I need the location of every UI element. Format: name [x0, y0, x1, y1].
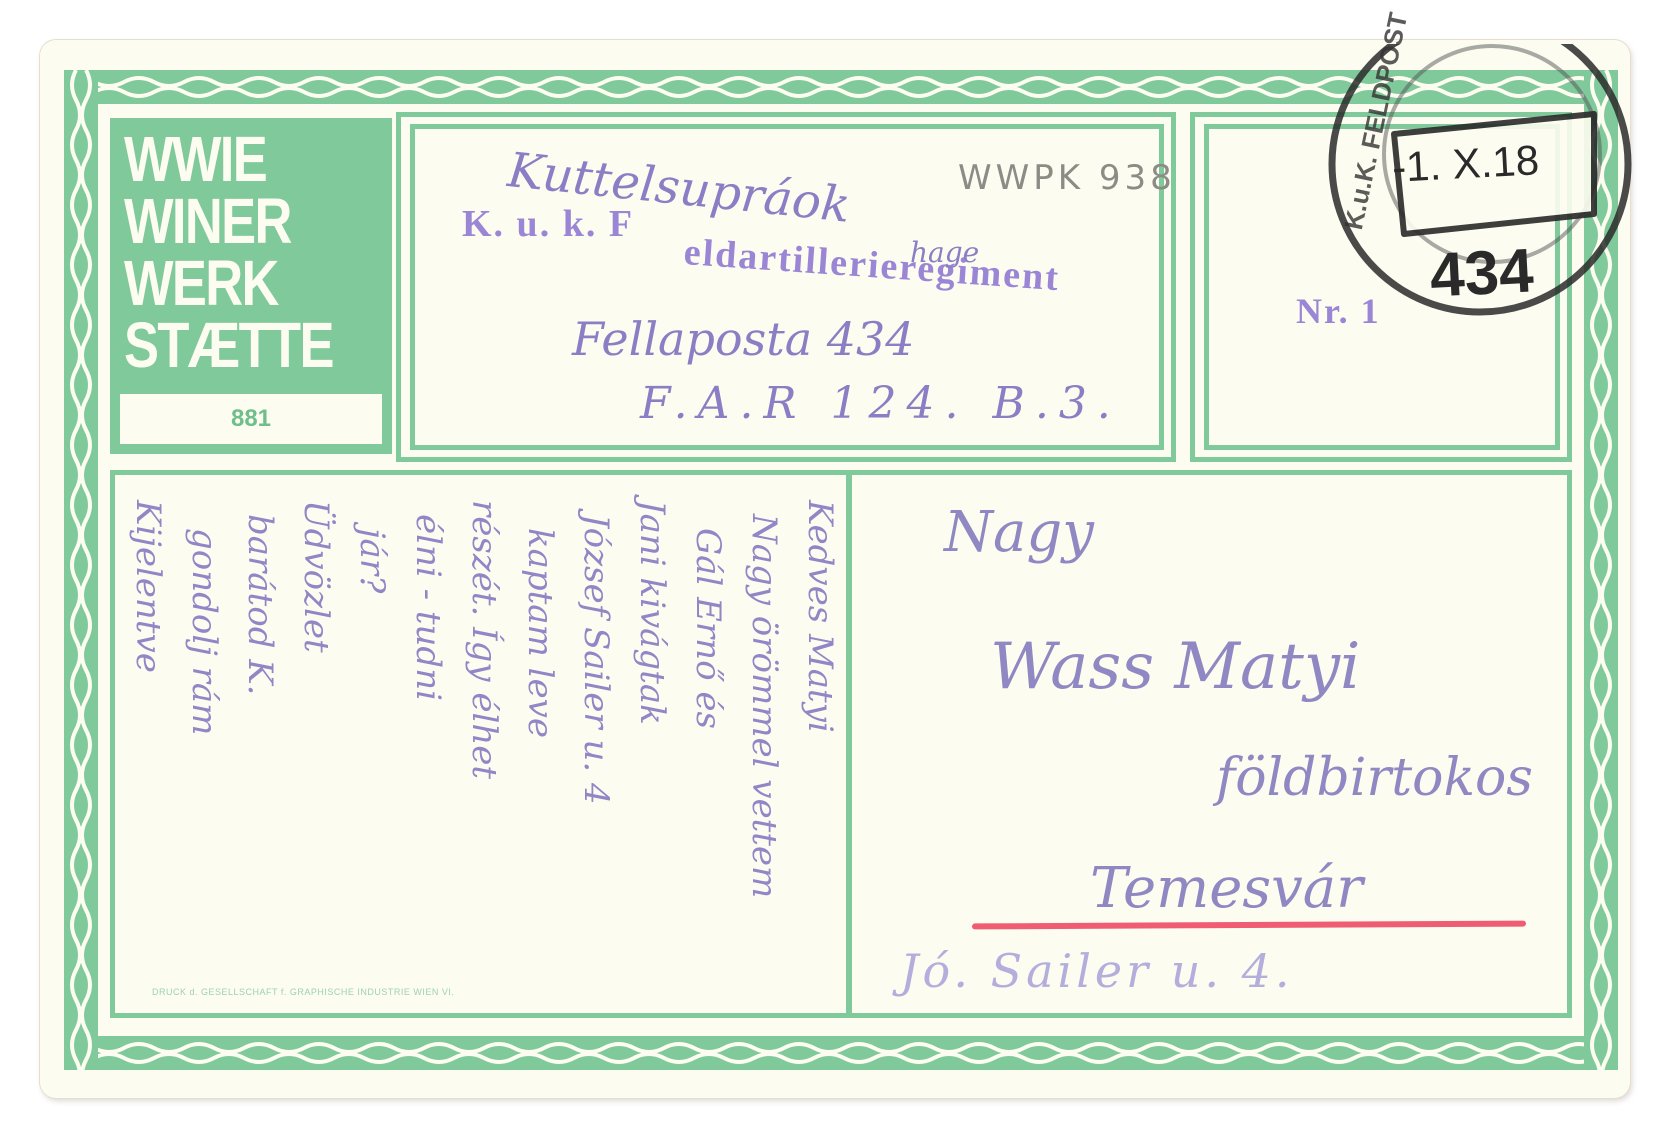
message-line: élni - tudni	[408, 514, 448, 701]
logo-wordmark: WWIE WINER WERK STÆTTE	[124, 128, 334, 376]
postmark-date: -1. X.18	[1391, 136, 1540, 192]
message-line: kaptam leve	[520, 528, 560, 738]
sender-line-1b: hage	[910, 236, 979, 269]
message-line: részét. Így élhet	[464, 500, 504, 779]
message-line: Üdvözlet	[296, 500, 336, 653]
postmark-office-number: 434	[1428, 235, 1535, 311]
message-line: jár?	[352, 528, 392, 593]
archive-note: WWPK 938	[958, 158, 1176, 198]
series-number: 881	[231, 405, 271, 433]
recipient-salutation: Nagy	[944, 500, 1094, 565]
printer-imprint: DRUCK d. GESELLSCHAFT f. GRAPHISCHE INDU…	[152, 987, 454, 997]
message-line: barátod K.	[240, 514, 280, 695]
ornamental-border-bottom	[64, 1036, 1618, 1070]
recipient-city: Temesvár	[1090, 856, 1363, 921]
recipient-street: Jó. Sailer u. 4.	[900, 944, 1294, 998]
message-line: gondolj rám	[184, 528, 224, 735]
ornamental-border-left	[64, 70, 98, 1070]
recipient-title: földbirtokos	[1216, 748, 1533, 808]
series-number-box: 881	[120, 394, 382, 444]
message-line: József Sailer u. 4	[576, 514, 616, 805]
message-line: Jani kivágtak	[632, 500, 672, 725]
message-line: Nagy örömmel vettem	[744, 514, 784, 898]
sender-line-3: F.A.R 124. B.3.	[640, 378, 1121, 429]
message-line: Kedves Matyi	[800, 500, 840, 733]
recipient-name: Wass Matyi	[990, 630, 1360, 704]
wiener-werkstaette-logo: WWIE WINER WERK STÆTTE 881	[110, 118, 392, 454]
message-line: Gál Ernő és	[688, 528, 728, 729]
message-line: Kijelentve	[128, 500, 168, 673]
sender-line-2: Fellaposta 434	[572, 312, 915, 366]
